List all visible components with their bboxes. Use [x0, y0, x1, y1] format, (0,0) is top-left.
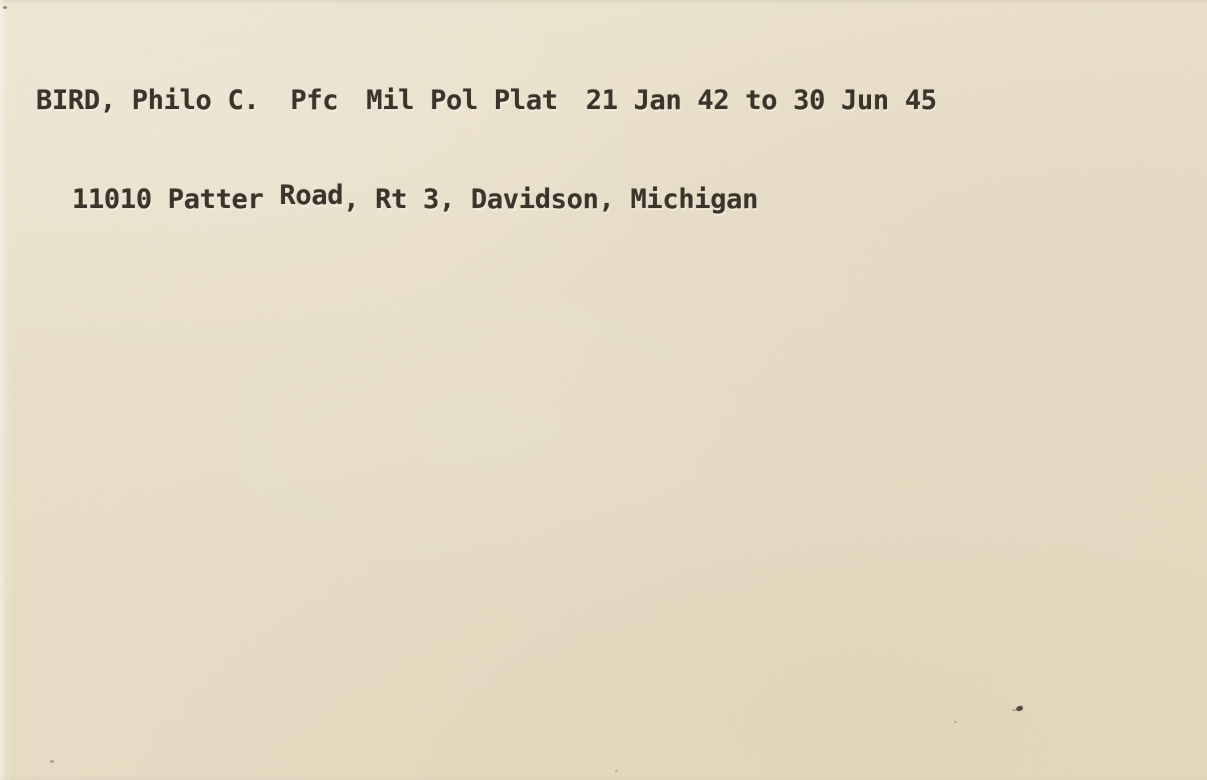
address-raised-word: Road	[279, 180, 343, 211]
scan-edge-bottom	[0, 776, 1207, 780]
dust-speck	[615, 770, 618, 772]
soldier-rank: Pfc	[290, 85, 338, 116]
ink-speck	[1016, 705, 1024, 711]
scan-edge-left	[0, 0, 10, 780]
service-record-line: BIRD, Philo C.PfcMil Pol Plat21 Jan 42 t…	[36, 84, 937, 117]
dust-speck	[954, 721, 957, 723]
address-line: 11010 Patter Road, Rt 3, Davidson, Michi…	[36, 183, 937, 216]
service-dates: 21 Jan 42 to 30 Jun 45	[586, 85, 937, 116]
address-part1: 11010 Patter	[72, 184, 279, 215]
soldier-unit: Mil Pol Plat	[366, 85, 557, 116]
scanned-index-card: BIRD, Philo C.PfcMil Pol Plat21 Jan 42 t…	[0, 0, 1207, 780]
scan-edge-top	[0, 0, 1207, 5]
typewritten-text: BIRD, Philo C.PfcMil Pol Plat21 Jan 42 t…	[36, 18, 937, 282]
dust-speck	[50, 760, 54, 763]
address-part2: , Rt 3, Davidson, Michigan	[343, 184, 758, 215]
soldier-name: BIRD, Philo C.	[36, 85, 259, 116]
